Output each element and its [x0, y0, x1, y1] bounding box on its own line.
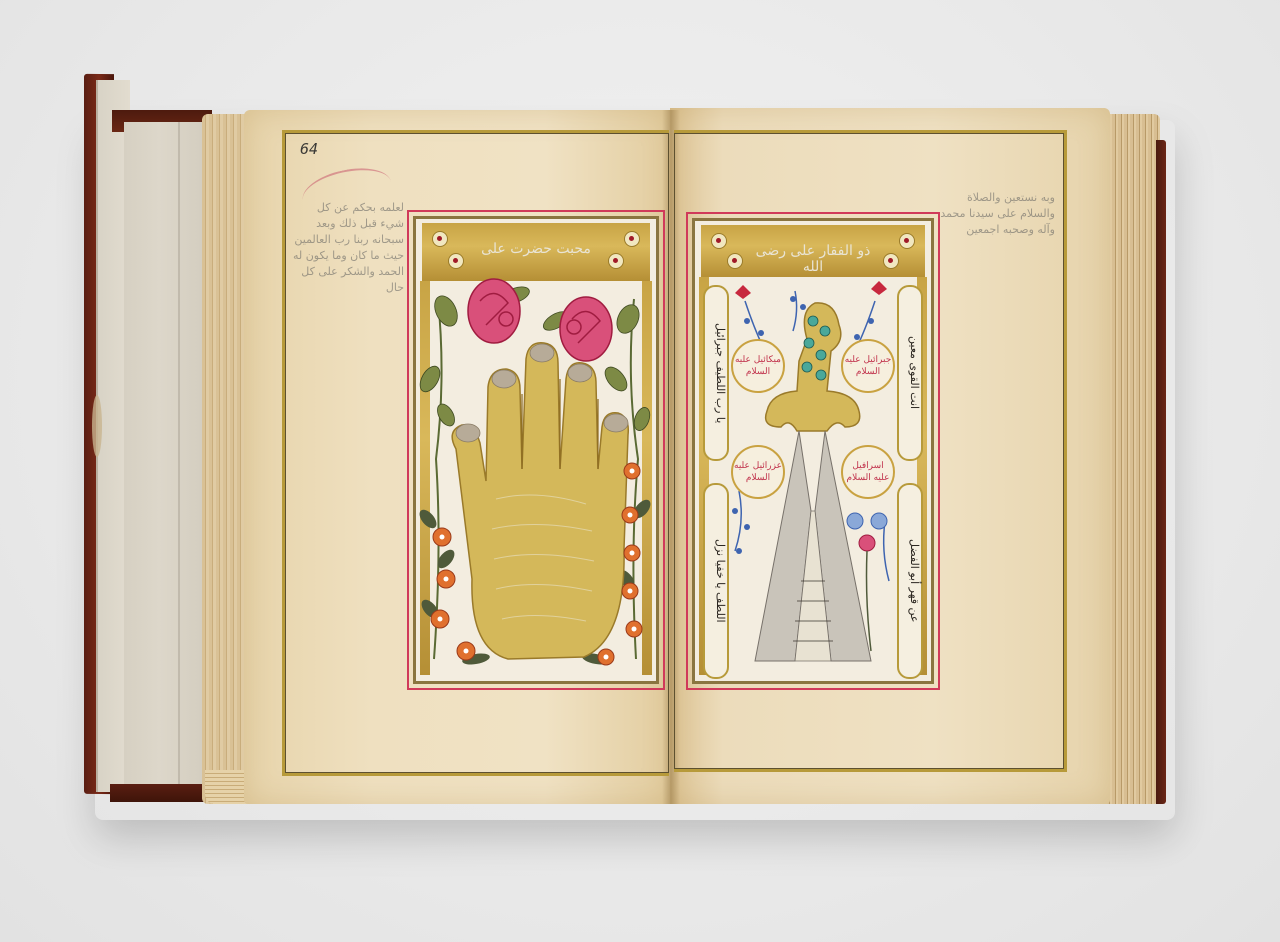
pastedown-fold-line [178, 122, 180, 796]
pastedown-endpaper [124, 122, 213, 796]
medallion-azrail: عزرائیل علیه السلام [731, 445, 785, 499]
right-marginal-notes: وبه نستعين والصلاة والسلام على سيدنا محم… [940, 190, 1055, 450]
zulfiqar-illumination-panel: ذو الفقار علی رضی الله یا رب اللطیف جبرا… [692, 218, 934, 684]
hand-and-roses-illustration [416, 219, 656, 681]
left-marginal-notes: لعلمه بحكم عن كل شيء قبل ذلك وبعد سبحانه… [292, 200, 404, 680]
folio-number: 64 [300, 140, 318, 158]
medallion-mikail: میکائیل علیه السلام [731, 339, 785, 393]
medallion-jibrail: جبرائیل علیه السلام [841, 339, 895, 393]
zulfiqar-sword-illustration [695, 221, 931, 681]
back-cover-binding [1156, 140, 1166, 804]
hinge-stain [92, 395, 102, 457]
hand-illumination-panel: محبت حضرت علی [413, 216, 659, 684]
cover-bottom-edge [110, 784, 210, 802]
medallion-israfil: اسرافیل علیه السلام [841, 445, 895, 499]
